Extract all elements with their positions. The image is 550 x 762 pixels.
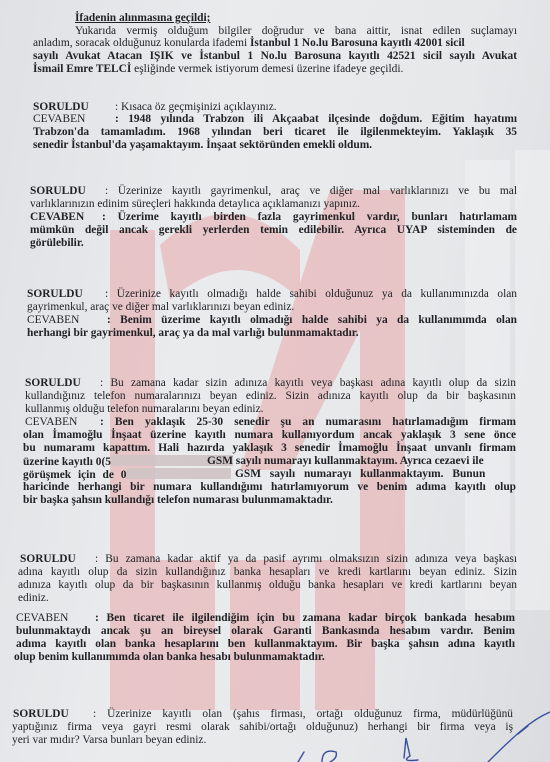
signature-marks xyxy=(0,0,550,762)
